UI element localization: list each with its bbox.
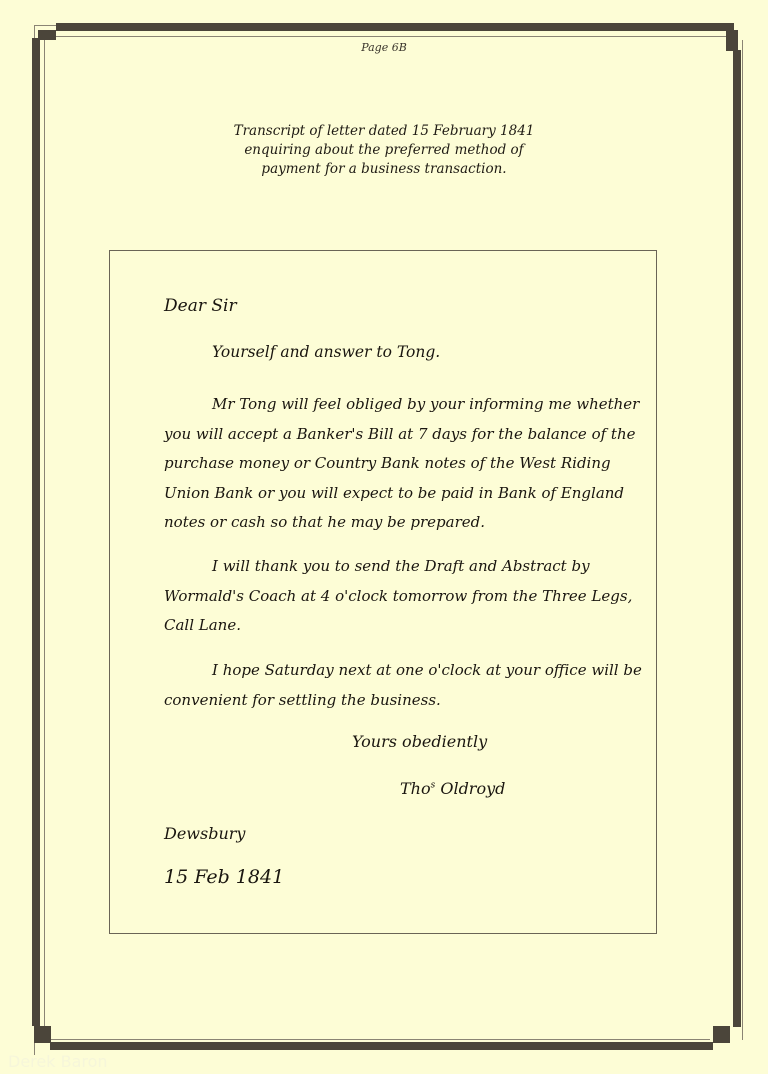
- frame-corner-bottom-right: [713, 1026, 730, 1043]
- letter-line: I will thank you to send the Draft and A…: [164, 552, 644, 582]
- letter-paragraph: I will thank you to send the Draft and A…: [164, 552, 644, 641]
- letter-closing: Yours obediently: [352, 732, 487, 751]
- page-number-label: Page 6B: [0, 41, 768, 54]
- letter-paragraph: Mr Tong will feel obliged by your inform…: [164, 390, 644, 538]
- letter-line: I hope Saturday next at one o'clock at y…: [164, 656, 644, 686]
- frame-thin-line-inner-top: [44, 36, 734, 37]
- letter-line: convenient for settling the business.: [164, 686, 644, 716]
- frame-thin-line-inner-bottom: [50, 1039, 710, 1040]
- frame-corner-top-left: [38, 30, 56, 40]
- frame-corner-bottom-left: [34, 1026, 51, 1043]
- letter-line: notes or cash so that he may be prepared…: [164, 508, 644, 538]
- letter-place: Dewsbury: [164, 824, 245, 843]
- frame-thin-line-right: [742, 40, 743, 1040]
- frame-right-bar: [733, 50, 741, 1027]
- transcript-heading: Transcript of letter dated 15 February 1…: [150, 122, 618, 179]
- letter-paragraph: Yourself and answer to Tong.: [164, 338, 644, 368]
- watermark: Derek Baron: [8, 1052, 108, 1071]
- signature-prefix: Tho: [400, 779, 431, 798]
- letter-line: Call Lane.: [164, 611, 644, 641]
- frame-bottom-bar: [50, 1042, 713, 1050]
- letter-salutation: Dear Sir: [164, 296, 237, 316]
- heading-line: Transcript of letter dated 15 February 1…: [150, 122, 618, 141]
- letter-line: you will accept a Banker's Bill at 7 day…: [164, 420, 644, 450]
- frame-top-bar: [56, 23, 734, 31]
- letter-line: Union Bank or you will expect to be paid…: [164, 479, 644, 509]
- signature-superscript: s: [431, 781, 436, 791]
- signature-surname: Oldroyd: [440, 779, 505, 798]
- letter-paragraph: I hope Saturday next at one o'clock at y…: [164, 656, 644, 715]
- letter-signature: Thos Oldroyd: [400, 779, 505, 798]
- letter-line: Wormald's Coach at 4 o'clock tomorrow fr…: [164, 582, 644, 612]
- heading-line: payment for a business transaction.: [150, 160, 618, 179]
- frame-left-bar: [32, 38, 40, 1026]
- letter-line: Mr Tong will feel obliged by your inform…: [164, 390, 644, 420]
- frame-thin-line-inner-left: [44, 36, 45, 1026]
- heading-line: enquiring about the preferred method of: [150, 141, 618, 160]
- letter-line: Yourself and answer to Tong.: [164, 338, 644, 368]
- letter-line: purchase money or Country Bank notes of …: [164, 449, 644, 479]
- letter-date: 15 Feb 1841: [164, 866, 284, 888]
